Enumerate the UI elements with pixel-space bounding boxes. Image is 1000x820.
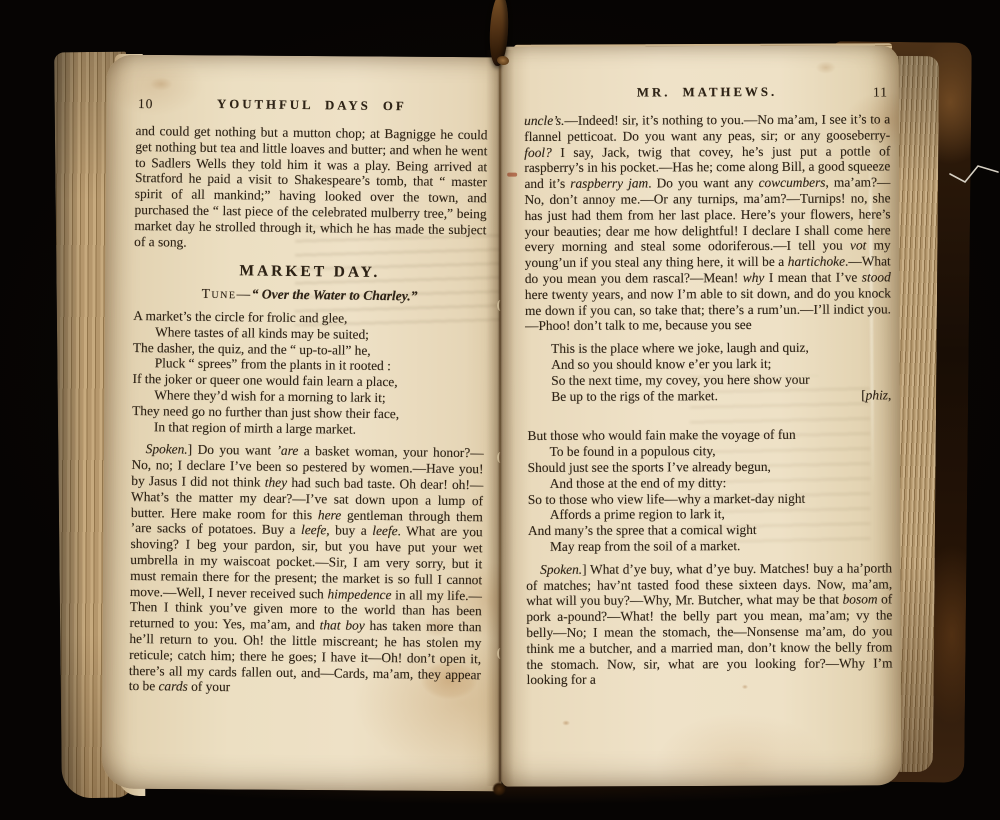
- spoken-paragraph-left: Spoken.] Do you want ’are a basket woman…: [129, 441, 484, 698]
- stanza-line: To be found in a populous city,: [528, 443, 892, 460]
- stanza-line: And those at the end of my ditty:: [528, 474, 892, 491]
- continuation-paragraph: uncle’s.—Indeed! sir, it’s nothing to yo…: [524, 111, 891, 334]
- song-verse: A market’s the circle for frolic and gle…: [132, 308, 486, 439]
- stanza-line: Should just see the sports I’ve already …: [528, 458, 892, 475]
- chorus-catchword: [phiz,: [861, 387, 891, 403]
- stanza-line: May reap from the soil of a market.: [528, 537, 892, 554]
- loose-thread: [948, 150, 1000, 194]
- gutter-crease: [499, 56, 501, 782]
- chorus-line: This is the place where we joke, laugh a…: [551, 340, 891, 357]
- right-page-number: 11: [873, 84, 888, 100]
- right-running-header: MR. MATHEWS.: [524, 84, 890, 101]
- tune-title: “ Over the Water to Charley.”: [252, 287, 418, 304]
- binding-stitch: [497, 300, 504, 311]
- left-page-text: 10 YOUTHFUL DAYS OF and could get nothin…: [129, 96, 488, 698]
- stanza-line: And many’s the spree that a comical wigh…: [528, 522, 892, 539]
- stanza-line: So to those who view life—why a market-d…: [528, 490, 892, 507]
- chorus-line: Be up to the rigs of the market. [phiz,: [551, 387, 891, 404]
- stanza-line: Affords a prime region to lark it,: [528, 506, 892, 523]
- page-stain: [561, 719, 571, 726]
- chorus-line-text: Be up to the rigs of the market.: [551, 388, 718, 405]
- spoken-paragraph-right: Spoken.] What d’ye buy, what d’ye buy. M…: [526, 560, 893, 688]
- chorus-line: So the next time, my covey, you here sho…: [551, 371, 891, 388]
- stanza-block: But those who would fain make the voyage…: [527, 427, 892, 555]
- left-running-header: YOUTHFUL DAYS OF: [136, 96, 488, 116]
- page-stain: [813, 60, 839, 76]
- tune-label: Tune—: [202, 286, 252, 302]
- right-page-text: MR. MATHEWS. 11 uncle’s.—Indeed! sir, it…: [524, 84, 893, 688]
- intro-paragraph: and could get nothing but a mutton chop;…: [134, 123, 488, 254]
- binding-stitch: [497, 452, 504, 463]
- left-page-number: 10: [138, 96, 154, 112]
- binding-stitch: [497, 648, 504, 659]
- stanza-line: But those who would fain make the voyage…: [527, 427, 891, 444]
- chorus-block: This is the place where we joke, laugh a…: [551, 340, 891, 405]
- left-header-row: 10 YOUTHFUL DAYS OF: [136, 96, 488, 118]
- page-stain: [146, 75, 176, 93]
- song-title: MARKET DAY.: [134, 262, 486, 282]
- tune-line: Tune—“ Over the Water to Charley.”: [133, 285, 485, 305]
- chorus-line: And so you should know e’er you lark it;: [551, 355, 891, 372]
- gutter-notch: [492, 782, 506, 796]
- right-header-row: MR. MATHEWS. 11: [524, 84, 890, 104]
